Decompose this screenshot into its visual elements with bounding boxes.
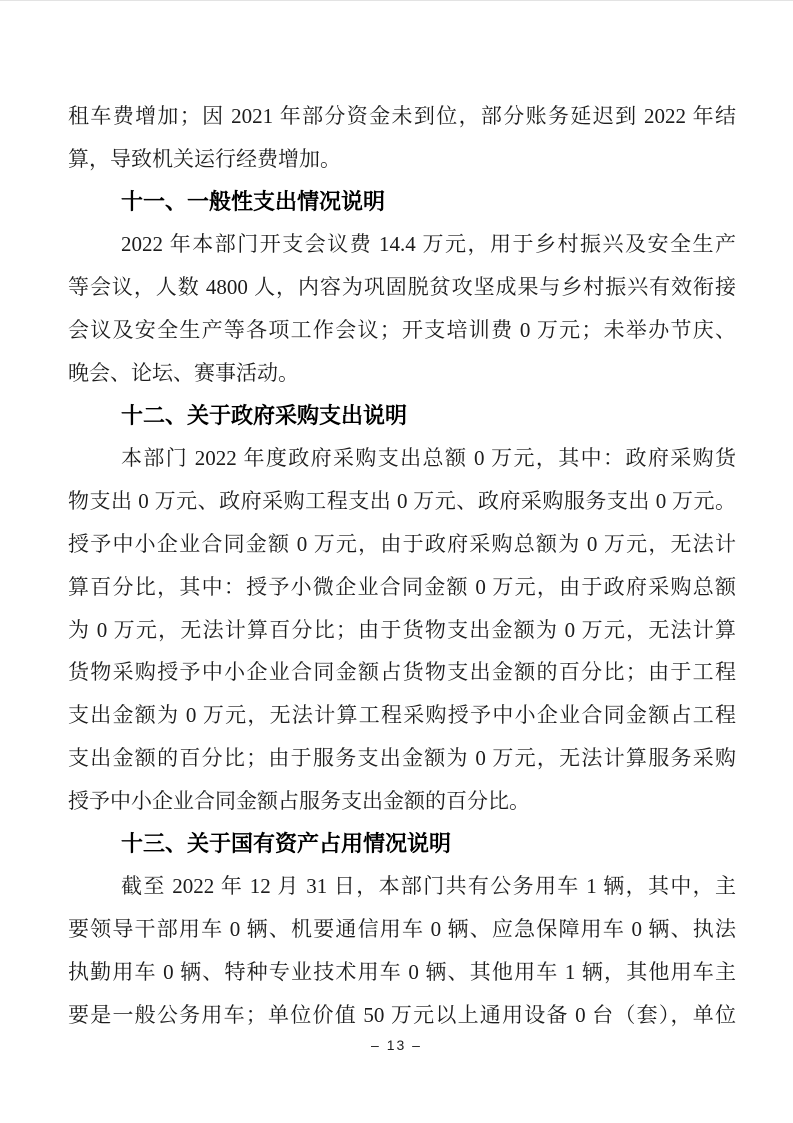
- text-line: 要是一般公务用车；单位价值 50 万元以上通用设备 0 台（套），单位: [68, 994, 736, 1037]
- document-page: 租车费增加；因 2021 年部分资金未到位，部分账务延迟到 2022 年结算，导…: [0, 0, 793, 1123]
- text-line: 2022 年本部门开支会议费 14.4 万元，用于乡村振兴及安全生产: [68, 223, 736, 266]
- document-body: 租车费增加；因 2021 年部分资金未到位，部分账务延迟到 2022 年结算，导…: [68, 95, 736, 1037]
- text-line: 授予中小企业合同金额占服务支出金额的百分比。: [68, 780, 736, 823]
- text-line: 租车费增加；因 2021 年部分资金未到位，部分账务延迟到 2022 年结: [68, 95, 736, 138]
- section-heading: 十一、一般性支出情况说明: [68, 181, 736, 224]
- text-line: 算百分比，其中：授予小微企业合同金额 0 万元，由于政府采购总额: [68, 566, 736, 609]
- text-line: 截至 2022 年 12 月 31 日，本部门共有公务用车 1 辆，其中，主: [68, 865, 736, 908]
- page-number: – 13 –: [0, 1037, 793, 1053]
- text-line: 货物采购授予中小企业合同金额占货物支出金额的百分比；由于工程: [68, 651, 736, 694]
- text-line: 授予中小企业合同金额 0 万元，由于政府采购总额为 0 万元，无法计: [68, 523, 736, 566]
- text-line: 等会议，人数 4800 人，内容为巩固脱贫攻坚成果与乡村振兴有效衔接: [68, 266, 736, 309]
- text-line: 支出金额为 0 万元，无法计算工程采购授予中小企业合同金额占工程: [68, 694, 736, 737]
- text-line: 算，导致机关运行经费增加。: [68, 138, 736, 181]
- text-line: 执勤用车 0 辆、特种专业技术用车 0 辆、其他用车 1 辆，其他用车主: [68, 951, 736, 994]
- text-line: 支出金额的百分比；由于服务支出金额为 0 万元，无法计算服务采购: [68, 737, 736, 780]
- section-heading: 十二、关于政府采购支出说明: [68, 395, 736, 438]
- paragraph: 截至 2022 年 12 月 31 日，本部门共有公务用车 1 辆，其中，主要领…: [68, 865, 736, 1036]
- text-line: 本部门 2022 年度政府采购支出总额 0 万元，其中：政府采购货: [68, 437, 736, 480]
- paragraph: 2022 年本部门开支会议费 14.4 万元，用于乡村振兴及安全生产等会议，人数…: [68, 223, 736, 394]
- text-line: 晚会、论坛、赛事活动。: [68, 352, 736, 395]
- text-line: 物支出 0 万元、政府采购工程支出 0 万元、政府采购服务支出 0 万元。: [68, 480, 736, 523]
- text-line: 要领导干部用车 0 辆、机要通信用车 0 辆、应急保障用车 0 辆、执法: [68, 908, 736, 951]
- paragraph: 租车费增加；因 2021 年部分资金未到位，部分账务延迟到 2022 年结算，导…: [68, 95, 736, 181]
- text-line: 为 0 万元，无法计算百分比；由于货物支出金额为 0 万元，无法计算: [68, 609, 736, 652]
- section-heading: 十三、关于国有资产占用情况说明: [68, 823, 736, 866]
- text-line: 会议及安全生产等各项工作会议；开支培训费 0 万元；未举办节庆、: [68, 309, 736, 352]
- paragraph: 本部门 2022 年度政府采购支出总额 0 万元，其中：政府采购货物支出 0 万…: [68, 437, 736, 822]
